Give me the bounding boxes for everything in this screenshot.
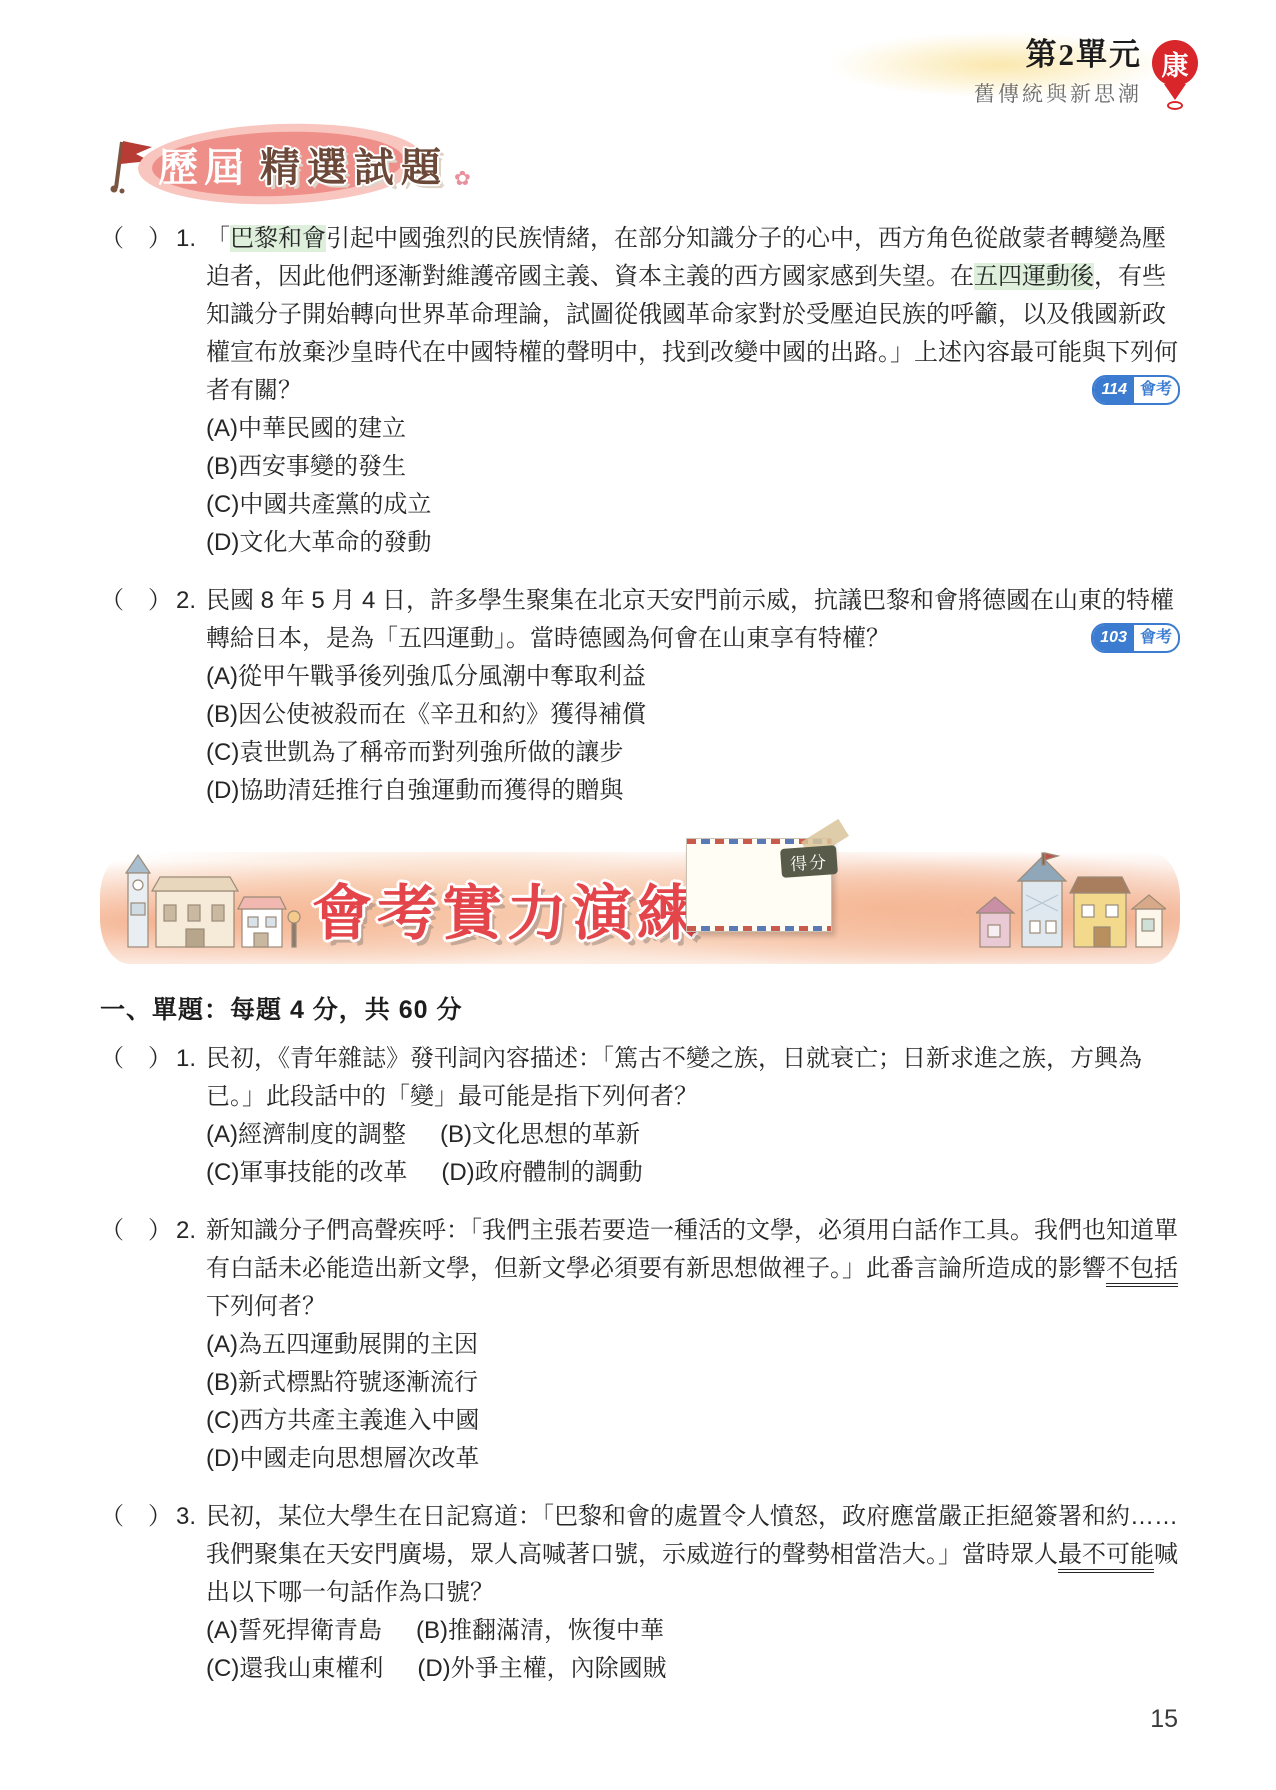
options-list: (A)為五四運動展開的主因 (B)新式標點符號逐漸流行 (C)西方共產主義進入中…	[206, 1326, 1180, 1478]
option-c: (C)中國共產黨的成立	[206, 486, 1180, 524]
airmail-stripe-bottom	[687, 926, 831, 931]
unit-header: 第2單元 舊傳統與新思潮 康	[974, 38, 1198, 108]
option-a: (A)為五四運動展開的主因	[206, 1326, 1180, 1364]
page-content: 歷屆 精選試題 ✿ （ ） 1. 「巴黎和會引起中國強烈的民族情緒，在部分知識分…	[100, 128, 1180, 1708]
option-a: (A)從甲午戰爭後列強瓜分風潮中奪取利益	[206, 658, 1180, 696]
option-a: (A)中華民國的建立	[206, 410, 1180, 448]
exam-section-heading: 一、單題：每題 4 分，共 60 分	[100, 990, 1180, 1026]
flower-icon: ✿	[454, 166, 471, 191]
option-c: (C)軍事技能的改革	[206, 1154, 407, 1192]
unit-title: 第2單元	[974, 38, 1142, 72]
stem-highlight: 巴黎和會	[230, 225, 326, 252]
houses-left-illustration	[108, 851, 308, 960]
option-a: (A)經濟制度的調整	[206, 1116, 406, 1154]
option-c: (C)西方共產主義進入中國	[206, 1402, 1180, 1440]
exam-label: 會考	[1134, 625, 1178, 651]
exam-year-badge: 103 會考	[1091, 623, 1180, 653]
option-c: (C)還我山東權利	[206, 1650, 383, 1688]
page-number: 15	[1150, 1705, 1178, 1734]
past-question-2: （ ） 2. 民國 8 年 5 月 4 日，許多學生聚集在北京天安門前示威，抗議…	[100, 582, 1180, 810]
option-a: (A)誓死捍衛青島	[206, 1612, 382, 1650]
past-title-rest: 精選試題	[260, 136, 448, 193]
score-label: 得分	[780, 845, 838, 878]
question-stem: 民初，某位大學生在日記寫道：「巴黎和會的處置令人憤怒，政府應當嚴正拒絕簽署和約……	[206, 1498, 1180, 1612]
stem-underlined: 最不可能	[1058, 1541, 1154, 1573]
stem-underlined: 不包括	[1106, 1255, 1178, 1287]
pin-dot	[1167, 101, 1183, 110]
option-b: (B)推翻滿清，恢復中華	[416, 1612, 664, 1650]
option-b: (B)文化思想的革新	[440, 1116, 640, 1154]
options-row: (C)軍事技能的改革 (D)政府體制的調動	[206, 1154, 1180, 1192]
exam-year: 103	[1093, 625, 1134, 651]
houses-right-illustration	[976, 851, 1166, 960]
exam-label: 會考	[1134, 377, 1178, 403]
exam-year-badge: 114 會考	[1092, 375, 1180, 405]
answer-blank: （ ）	[100, 1040, 176, 1192]
exam-year: 114	[1094, 377, 1134, 403]
question-number: 1.	[176, 1040, 206, 1192]
options-row: (A)經濟制度的調整 (B)文化思想的革新	[206, 1116, 1180, 1154]
answer-blank: （ ）	[100, 1212, 176, 1478]
options-list: (A)中華民國的建立 (B)西安事變的發生 (C)中國共產黨的成立 (D)文化大…	[206, 410, 1180, 562]
stem-text: 民初，《青年雜誌》發刊詞內容描述：「篤古不變之族，日就衰亡；日新求進之族，方興為…	[206, 1045, 1142, 1110]
exam-question-2: （ ） 2. 新知識分子們高聲疾呼：「我們主張若要造一種活的文學，必須用白話作工…	[100, 1212, 1180, 1478]
exam-question-3: （ ） 3. 民初，某位大學生在日記寫道：「巴黎和會的處置令人憤怒，政府應當嚴正…	[100, 1498, 1180, 1688]
stem-highlight: 五四運動後	[974, 263, 1094, 290]
option-c: (C)袁世凱為了稱帝而對列強所做的讓步	[206, 734, 1180, 772]
stem-text: 「	[206, 225, 230, 252]
past-section-title: 歷屆 精選試題 ✿	[100, 128, 1180, 200]
question-content: 「巴黎和會引起中國強烈的民族情緒，在部分知識分子的心中，西方角色從啟蒙者轉變為壓…	[206, 220, 1180, 562]
past-question-1: （ ） 1. 「巴黎和會引起中國強烈的民族情緒，在部分知識分子的心中，西方角色從…	[100, 220, 1180, 562]
stem-text: 新知識分子們高聲疾呼：「我們主張若要造一種活的文學，必須用白話作工具。我們也知道…	[206, 1217, 1178, 1282]
option-b: (B)因公使被殺而在《辛丑和約》獲得補償	[206, 696, 1180, 734]
options-row: (C)還我山東權利 (D)外爭主權，內除國賊	[206, 1650, 1180, 1688]
question-stem: 民國 8 年 5 月 4 日，許多學生聚集在北京天安門前示威，抗議巴黎和會將德國…	[206, 582, 1180, 658]
question-number: 1.	[176, 220, 206, 562]
stem-text: 民初，某位大學生在日記寫道：「巴黎和會的處置令人憤怒，政府應當嚴正拒絕簽署和約……	[206, 1503, 1178, 1568]
answer-blank: （ ）	[100, 220, 176, 562]
option-d: (D)外爭主權，內除國賊	[417, 1650, 666, 1688]
option-d: (D)中國走向思想層次改革	[206, 1440, 1180, 1478]
question-number: 2.	[176, 582, 206, 810]
option-d: (D)政府體制的調動	[441, 1154, 642, 1192]
question-stem: 新知識分子們高聲疾呼：「我們主張若要造一種活的文學，必須用白話作工具。我們也知道…	[206, 1212, 1180, 1326]
exam-question-1: （ ） 1. 民初，《青年雜誌》發刊詞內容描述：「篤古不變之族，日就衰亡；日新求…	[100, 1040, 1180, 1192]
option-d: (D)文化大革命的發動	[206, 524, 1180, 562]
option-b: (B)西安事變的發生	[206, 448, 1180, 486]
publisher-pin-badge: 康	[1152, 40, 1198, 86]
option-b: (B)新式標點符號逐漸流行	[206, 1364, 1180, 1402]
question-number: 3.	[176, 1498, 206, 1688]
question-stem: 「巴黎和會引起中國強烈的民族情緒，在部分知識分子的心中，西方角色從啟蒙者轉變為壓…	[206, 220, 1180, 410]
answer-blank: （ ）	[100, 1498, 176, 1688]
stem-text: 民國 8 年 5 月 4 日，許多學生聚集在北京天安門前示威，抗議巴黎和會將德國…	[206, 587, 1174, 652]
question-content: 民初，某位大學生在日記寫道：「巴黎和會的處置令人憤怒，政府應當嚴正拒絕簽署和約……	[206, 1498, 1180, 1688]
question-content: 民初，《青年雜誌》發刊詞內容描述：「篤古不變之族，日就衰亡；日新求進之族，方興為…	[206, 1040, 1180, 1192]
question-content: 民國 8 年 5 月 4 日，許多學生聚集在北京天安門前示威，抗議巴黎和會將德國…	[206, 582, 1180, 810]
answer-blank: （ ）	[100, 582, 176, 810]
stem-text: 下列何者？	[206, 1293, 326, 1320]
options-list: (A)誓死捍衛青島 (B)推翻滿清，恢復中華 (C)還我山東權利 (D)外爭主權…	[206, 1612, 1180, 1688]
options-row: (A)誓死捍衛青島 (B)推翻滿清，恢復中華	[206, 1612, 1180, 1650]
question-stem: 民初，《青年雜誌》發刊詞內容描述：「篤古不變之族，日就衰亡；日新求進之族，方興為…	[206, 1040, 1180, 1116]
past-title-highlight: 歷屆	[158, 136, 250, 193]
publisher-label: 康	[1162, 44, 1189, 83]
option-d: (D)協助清廷推行自強運動而獲得的贈與	[206, 772, 1180, 810]
options-list: (A)經濟制度的調整 (B)文化思想的革新 (C)軍事技能的改革 (D)政府體制…	[206, 1116, 1180, 1192]
unit-subtitle: 舊傳統與新思潮	[974, 78, 1142, 108]
options-list: (A)從甲午戰爭後列強瓜分風潮中奪取利益 (B)因公使被殺而在《辛丑和約》獲得補…	[206, 658, 1180, 810]
banner-title: 會考實力演練	[312, 866, 702, 952]
exam-practice-banner: 會考實力演練 得分	[100, 852, 1180, 964]
unit-texts: 第2單元 舊傳統與新思潮	[974, 38, 1142, 108]
question-number: 2.	[176, 1212, 206, 1478]
question-content: 新知識分子們高聲疾呼：「我們主張若要造一種活的文學，必須用白話作工具。我們也知道…	[206, 1212, 1180, 1478]
score-card: 得分	[686, 838, 832, 932]
